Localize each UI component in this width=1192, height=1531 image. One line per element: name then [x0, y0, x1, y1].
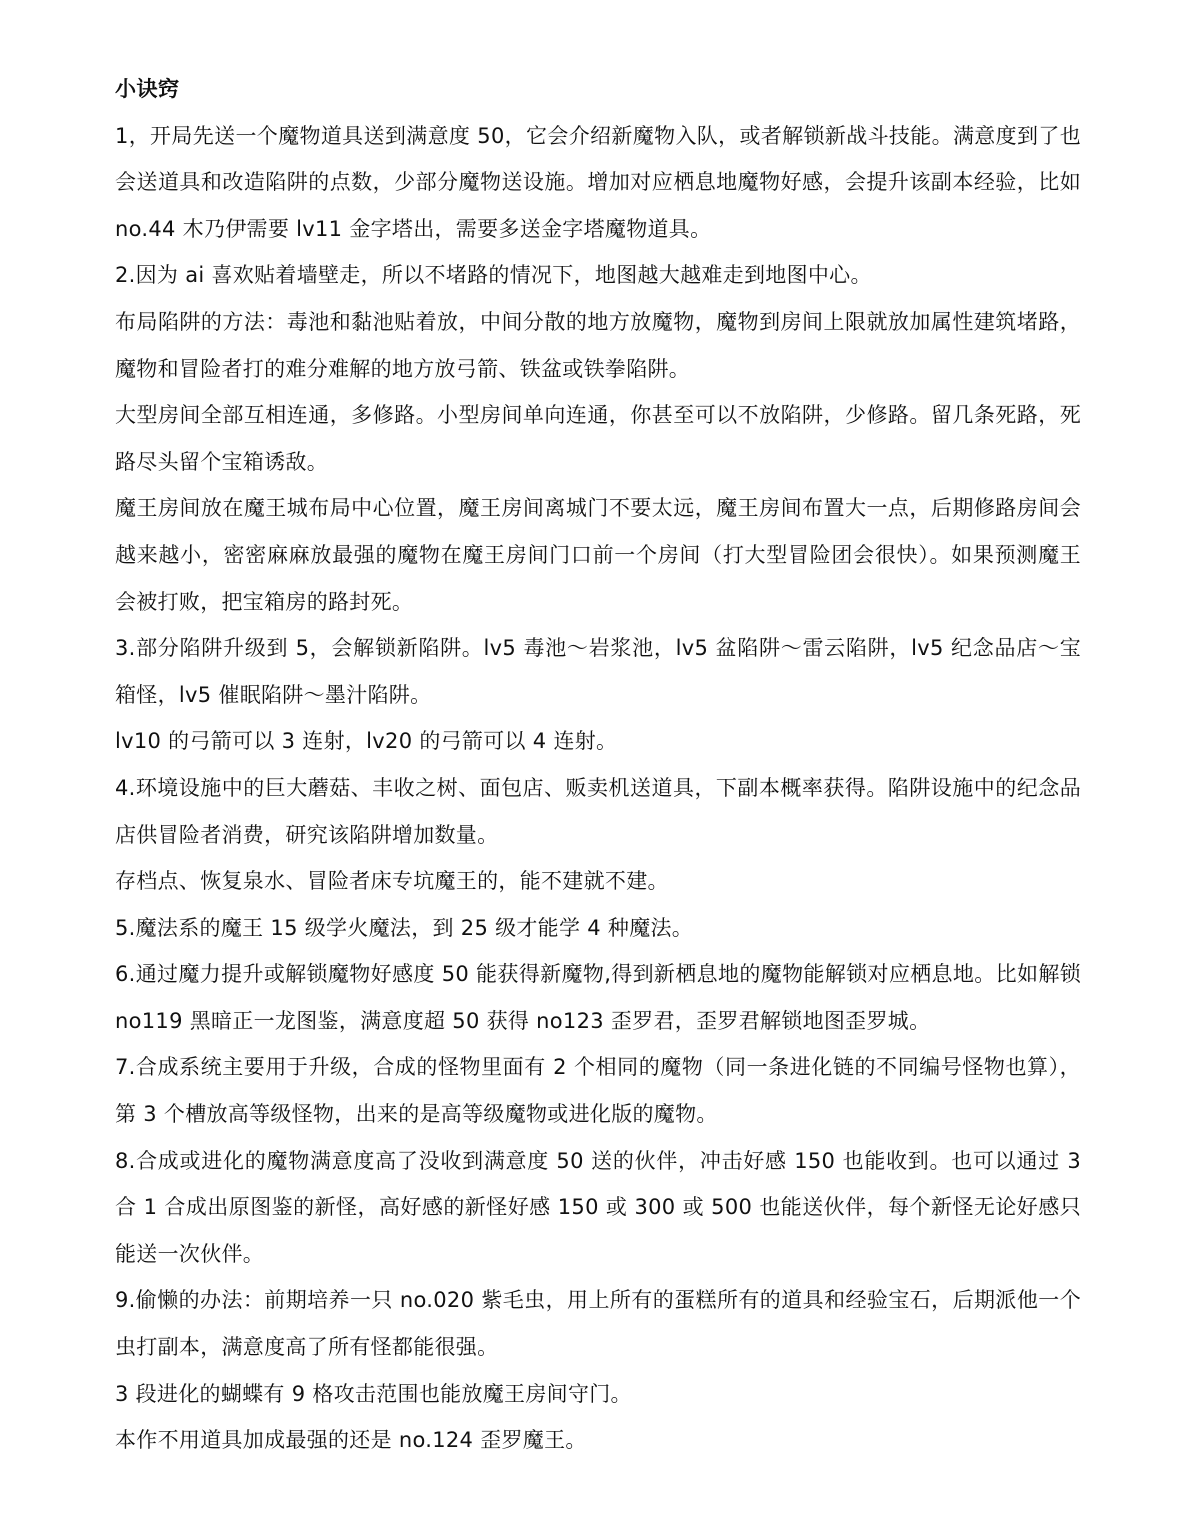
paragraph-tip-8: 8.合成或进化的魔物满意度高了没收到满意度 50 送的伙伴，冲击好感 150 也… [115, 1138, 1081, 1278]
paragraph-tip-1: 1，开局先送一个魔物道具送到满意度 50，它会介绍新魔物入队，或者解锁新战斗技能… [115, 113, 1081, 253]
paragraph-tip-6: 6.通过魔力提升或解锁魔物好感度 50 能获得新魔物,得到新栖息地的魔物能解锁对… [115, 951, 1081, 1044]
paragraph-tip-5: 5.魔法系的魔王 15 级学火魔法，到 25 级才能学 4 种魔法。 [115, 905, 1081, 952]
paragraph-avoid-facilities: 存档点、恢复泉水、冒险者床专坑魔王的，能不建就不建。 [115, 858, 1081, 905]
paragraph-tip-4: 4.环境设施中的巨大蘑菇、丰收之树、面包店、贩卖机送道具，下副本概率获得。陷阱设… [115, 765, 1081, 858]
paragraph-strongest: 本作不用道具加成最强的还是 no.124 歪罗魔王。 [115, 1417, 1081, 1464]
document-page: 小诀窍 1，开局先送一个魔物道具送到满意度 50，它会介绍新魔物入队，或者解锁新… [115, 66, 1081, 1464]
paragraph-butterfly: 3 段进化的蝴蝶有 9 格攻击范围也能放魔王房间守门。 [115, 1371, 1081, 1418]
paragraph-room-connection: 大型房间全部互相连通，多修路。小型房间单向连通，你甚至可以不放陷阱，少修路。留几… [115, 392, 1081, 485]
paragraph-demon-king-room: 魔王房间放在魔王城布局中心位置，魔王房间离城门不要太远，魔王房间布置大一点，后期… [115, 485, 1081, 625]
paragraph-trap-layout: 布局陷阱的方法：毒池和黏池贴着放，中间分散的地方放魔物，魔物到房间上限就放加属性… [115, 299, 1081, 392]
paragraph-tip-2: 2.因为 ai 喜欢贴着墙壁走，所以不堵路的情况下，地图越大越难走到地图中心。 [115, 252, 1081, 299]
paragraph-arrow-levels: lv10 的弓箭可以 3 连射，lv20 的弓箭可以 4 连射。 [115, 718, 1081, 765]
paragraph-tip-7: 7.合成系统主要用于升级，合成的怪物里面有 2 个相同的魔物（同一条进化链的不同… [115, 1044, 1081, 1137]
paragraph-tip-3: 3.部分陷阱升级到 5，会解锁新陷阱。lv5 毒池～岩浆池，lv5 盆陷阱～雷云… [115, 625, 1081, 718]
document-title: 小诀窍 [115, 66, 1081, 113]
paragraph-tip-9: 9.偷懒的办法：前期培养一只 no.020 紫毛虫，用上所有的蛋糕所有的道具和经… [115, 1277, 1081, 1370]
